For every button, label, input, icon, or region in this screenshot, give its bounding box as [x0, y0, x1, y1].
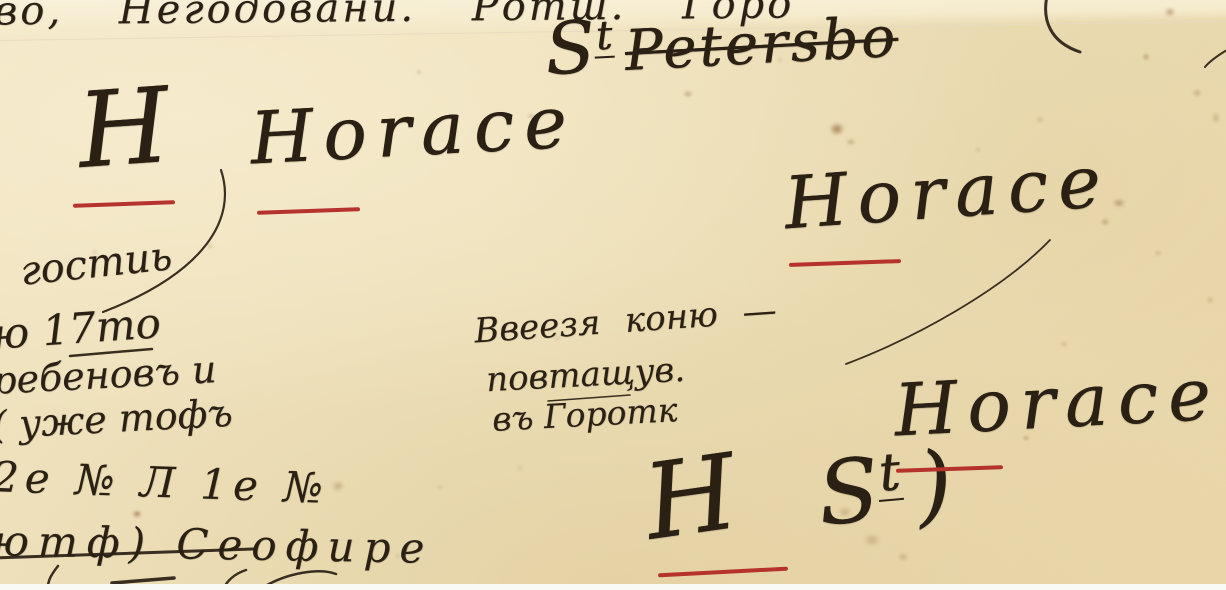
fox-spot — [1206, 296, 1214, 304]
fox-spot — [331, 480, 345, 492]
signature-horace-top: Horace — [248, 86, 578, 175]
left-note-line-4: ( уже тофъ — [0, 394, 234, 445]
heading-letter-s: S — [543, 5, 597, 91]
fox-spot — [846, 138, 856, 146]
fox-spot — [829, 122, 845, 136]
left-note-line-1: гостиь — [18, 236, 174, 292]
left-note-line-5: 2е № Л 1е № — [0, 456, 330, 510]
bottom-scan-edge — [0, 584, 1226, 590]
fox-spot — [1060, 341, 1068, 347]
fox-spot — [1036, 117, 1044, 123]
red-underline-horace-top — [257, 207, 360, 214]
fox-spot — [517, 465, 523, 471]
fox-spot — [1142, 53, 1150, 61]
left-note-line-6: ютф) Сеофире — [0, 520, 434, 570]
red-underline-h-bottom — [658, 567, 788, 577]
heading-struck-petersbo: Petersbo — [623, 5, 899, 84]
red-underline-horace-right — [789, 259, 901, 266]
practice-letter-h-bottom: H — [638, 439, 742, 555]
signature-horace-right: Horace — [782, 145, 1113, 240]
fox-spot — [437, 484, 443, 490]
center-note-line-3: въ Горотк — [491, 393, 678, 436]
bottom-superscript-t: t — [875, 446, 905, 502]
red-underline-h-top — [73, 200, 175, 207]
st-petersburg-heading: StPetersbo — [543, 0, 899, 85]
st-abbreviation-bottom: St) — [814, 439, 955, 538]
practice-letter-h-top: H — [74, 73, 172, 183]
fox-spot — [1154, 250, 1162, 256]
fox-spot — [1112, 198, 1126, 208]
fox-spot — [207, 243, 213, 249]
fox-spot — [683, 90, 693, 98]
left-note-line-2: ю 17то — [0, 302, 162, 356]
fox-spot — [132, 510, 142, 518]
heading-superscript-t: t — [593, 16, 615, 59]
fox-spot — [1192, 89, 1202, 97]
manuscript-page: во, Негодовани. Ротш. Горо StPetersbo H … — [0, 0, 1226, 590]
fox-spot — [897, 552, 909, 562]
fox-spot — [1212, 112, 1220, 124]
bottom-letter-s: S — [814, 438, 883, 546]
center-note-line-1: Ввеезя коню — — [473, 293, 777, 348]
fox-spot — [416, 69, 422, 75]
